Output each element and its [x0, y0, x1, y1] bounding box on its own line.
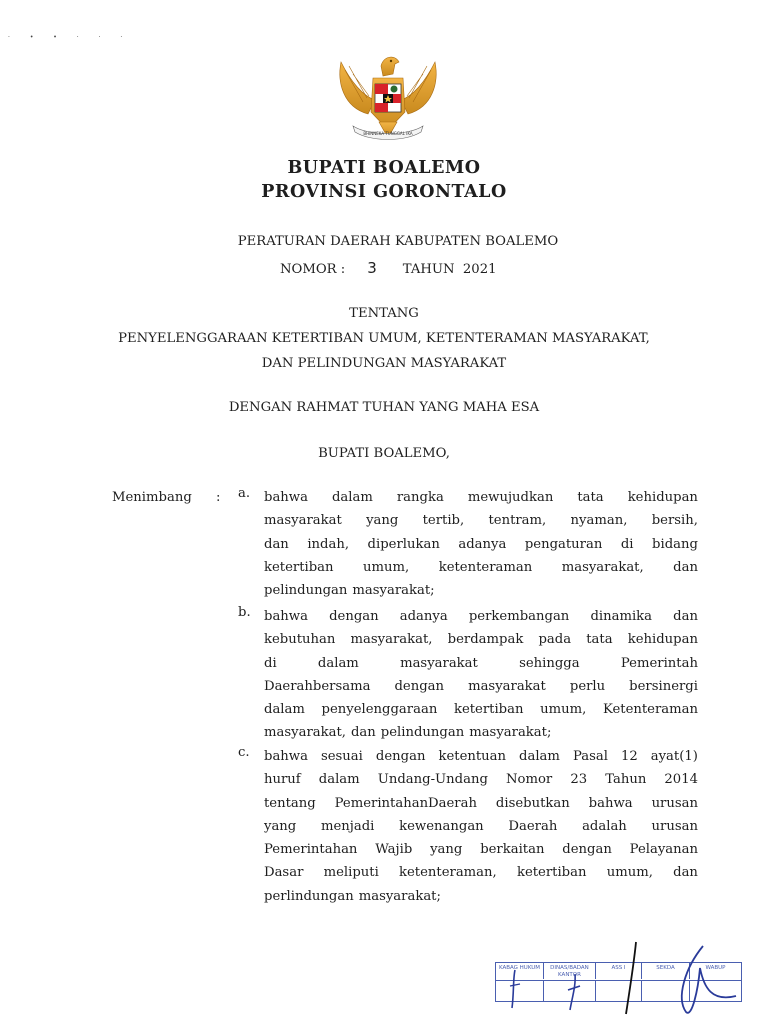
- regulation-type: PERATURAN DAERAH KABUPATEN BOALEMO: [14, 234, 768, 249]
- text-line: bahwasesuaidenganketentuandalamPasal12ay…: [264, 745, 698, 768]
- considerations-label: Menimbang: [112, 490, 192, 505]
- issuer-line: BUPATI BOALEMO,: [0, 446, 768, 461]
- province-title: PROVINSI GORONTALO: [0, 182, 768, 202]
- number-label: NOMOR :: [280, 262, 345, 277]
- text-line: perlindunganmasyarakat;: [264, 885, 698, 908]
- text-line: masyarakat,danpelindunganmasyarakat;: [264, 721, 698, 744]
- text-line: Dasarmeliputiketenteraman,ketertibanumum…: [264, 861, 698, 884]
- item-text: bahwadalamrangkamewujudkantatakehidupanm…: [264, 486, 698, 602]
- year-label: TAHUN 2021: [403, 262, 497, 277]
- text-line: bahwadenganadanyaperkembangandinamikadan: [264, 605, 698, 628]
- regulation-title-line1: PENYELENGGARAAN KETERTIBAN UMUM, KETENTE…: [0, 331, 768, 346]
- svg-text:BHINNEKA TUNGGAL IKA: BHINNEKA TUNGGAL IKA: [363, 131, 413, 136]
- text-line: masyarakatyangtertib,tentram,nyaman,bers…: [264, 509, 698, 532]
- text-line: ketertibanumum,ketenteramanmasyarakat,da…: [264, 556, 698, 579]
- text-line: tentangPemerintahanDaerahdisebutkanbahwa…: [264, 792, 698, 815]
- about-heading: TENTANG: [0, 306, 768, 321]
- item-text: bahwasesuaidenganketentuandalamPasal12ay…: [264, 745, 698, 908]
- text-line: bahwadalamrangkamewujudkantatakehidupan: [264, 486, 698, 509]
- text-line: kebutuhanmasyarakat,berdampakpadatatakeh…: [264, 628, 698, 651]
- text-line: PemerintahanWajibyangberkaitandenganPela…: [264, 838, 698, 861]
- considerations-colon: :: [216, 490, 220, 505]
- text-line: Daerahbersamadenganmasyarakatperlubersin…: [264, 675, 698, 698]
- blessing-line: DENGAN RAHMAT TUHAN YANG MAHA ESA: [0, 400, 768, 415]
- item-marker: b.: [238, 605, 251, 620]
- item-marker: c.: [238, 745, 250, 760]
- item-text: bahwadenganadanyaperkembangandinamikadan…: [264, 605, 698, 745]
- issuer-title: BUPATI BOALEMO: [0, 158, 768, 178]
- garuda-emblem-icon: BHINNEKA TUNGGAL IKA: [333, 52, 443, 144]
- text-line: hurufdalamUndang-UndangNomor23Tahun2014: [264, 768, 698, 791]
- text-line: pelindunganmasyarakat;: [264, 579, 698, 602]
- text-line: dalampenyelenggaraanketertibanumum,Keten…: [264, 698, 698, 721]
- scan-specks: · • • · · ·: [8, 34, 131, 41]
- regulation-title-line2: DAN PELINDUNGAN MASYARAKAT: [0, 356, 768, 371]
- regulation-number-line: NOMOR :3TAHUN 2021: [280, 259, 496, 277]
- text-line: danindah,diperlukanadanyapengaturandibid…: [264, 533, 698, 556]
- handwritten-initials: [480, 938, 760, 1018]
- item-marker: a.: [238, 486, 250, 501]
- text-line: yangmenjadikewenanganDaerahadalahurusan: [264, 815, 698, 838]
- number-value: 3: [367, 259, 377, 277]
- text-line: didalammasyarakatsehinggaPemerintah: [264, 652, 698, 675]
